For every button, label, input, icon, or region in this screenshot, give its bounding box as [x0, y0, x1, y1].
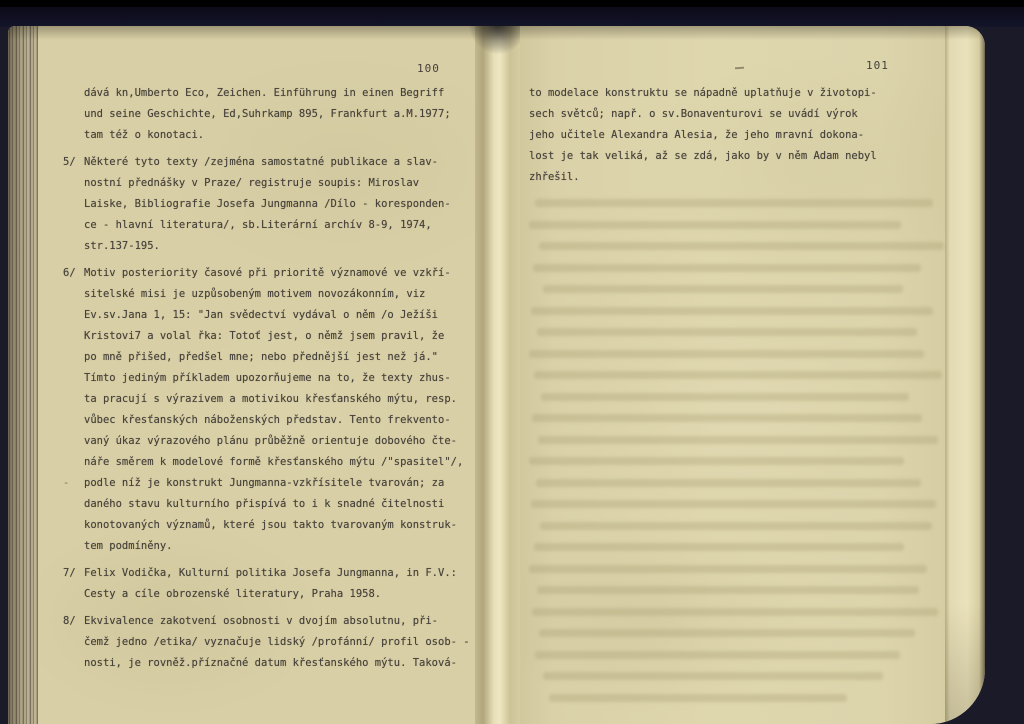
ghost-text-smudge — [529, 565, 927, 573]
photo-dark-top-band — [0, 0, 1024, 27]
text-line: Kristovi7 a volal řka: Totoť jest, o něm… — [84, 326, 470, 347]
line-text: Ev.sv.Jana 1, 15: "Jan svědectví vydával… — [84, 309, 438, 321]
text-line: ta pracují s výrazivem a motivikou křesť… — [84, 389, 470, 410]
line-text: ce - hlavní literatura/, sb.Literární ar… — [84, 219, 432, 231]
page-number-right: 101 — [866, 59, 889, 72]
text-line: 5/Některé tyto texty /zejména samostatné… — [84, 152, 470, 173]
ghost-text-line — [529, 536, 945, 558]
line-text: Ekvivalence zakotvení osobnosti v dvojím… — [84, 615, 438, 627]
line-text: tam též o konotaci. — [84, 129, 204, 141]
ghost-text-line — [529, 644, 945, 666]
line-text: Laiske, Bibliografie Josefa Jungmanna /D… — [84, 198, 451, 210]
ghost-text-line — [529, 235, 945, 257]
footnote-number: 6/ — [63, 263, 76, 284]
text-line: 7/Felix Vodička, Kulturní politika Josef… — [84, 563, 470, 584]
line-text: str.137-195. — [84, 240, 160, 252]
text-line: ce - hlavní literatura/, sb.Literární ar… — [84, 215, 470, 236]
line-text: zhřešil. — [529, 171, 580, 183]
text-line: Tímto jediným příkladem upozorňujeme na … — [84, 368, 470, 389]
left-page-text: dává kn,Umberto Eco, Zeichen. Einführung… — [84, 83, 470, 674]
ghost-text-line — [529, 321, 945, 343]
ghost-text-smudge — [549, 694, 847, 702]
text-line: lost je tak veliká, až se zdá, jako by v… — [529, 146, 877, 167]
text-line: čemž jedno /etika/ vyznačuje lidský /pro… — [84, 632, 470, 653]
ghost-text-smudge — [533, 264, 921, 272]
line-text: náře směrem k modelové formě křesťanskéh… — [84, 456, 463, 468]
line-text: čemž jedno /etika/ vyznačuje lidský /pro… — [84, 636, 470, 648]
line-text: sech světců; např. o sv.Bonaventurovi se… — [529, 108, 858, 120]
ghost-text-smudge — [535, 651, 900, 659]
text-line: sech světců; např. o sv.Bonaventurovi se… — [529, 104, 877, 125]
line-text: podle níž je konstrukt Jungmanna-vzkřísi… — [84, 477, 444, 489]
ghost-text-smudge — [534, 371, 942, 379]
ghost-text-line — [529, 601, 945, 623]
ghost-text-smudge — [543, 672, 883, 680]
ghost-text-line — [529, 472, 945, 494]
ghost-text-line — [529, 386, 945, 408]
line-text: Kristovi7 a volal řka: Totoť jest, o něm… — [84, 330, 444, 342]
text-line: dává kn,Umberto Eco, Zeichen. Einführung… — [84, 83, 470, 104]
text-line: nostní přednášky v Praze/ registruje sou… — [84, 173, 470, 194]
ghost-text-line — [529, 278, 945, 300]
spine-gutter — [475, 26, 520, 724]
text-line: tem podmíněny. — [84, 536, 470, 557]
footnote-number: 5/ — [63, 152, 76, 173]
line-text: nostní přednášky v Praze/ registruje sou… — [84, 177, 419, 189]
line-text: lost je tak veliká, až se zdá, jako by v… — [529, 150, 877, 162]
line-text: jeho učitele Alexandra Alesia, že jeho m… — [529, 129, 864, 141]
ghost-text-smudge — [529, 457, 904, 465]
ghost-text-smudge — [531, 307, 933, 315]
ghost-text-smudge — [529, 350, 924, 358]
left-page-edge-stack — [8, 26, 38, 724]
ghost-text-smudge — [537, 586, 919, 594]
ghost-text-line — [529, 407, 945, 429]
right-fore-edge — [945, 26, 985, 724]
ghost-text-smudge — [532, 608, 938, 616]
line-text: tem podmíněny. — [84, 540, 173, 552]
text-line: vůbec křesťanských náboženských představ… — [84, 410, 470, 431]
ghost-text-smudge — [537, 328, 917, 336]
text-line: und seine Geschichte, Ed,Suhrkamp 895, F… — [84, 104, 470, 125]
ghost-text-line — [529, 558, 945, 580]
line-text: sitelské misi je uzpůsobeným motivem nov… — [84, 288, 425, 300]
ghost-text-smudge — [534, 543, 904, 551]
line-text: dává kn,Umberto Eco, Zeichen. Einführung… — [84, 87, 444, 99]
ghost-text-line — [529, 214, 945, 236]
line-text: Felix Vodička, Kulturní politika Josefa … — [84, 567, 457, 579]
ghost-text-smudge — [541, 393, 909, 401]
ghost-text-smudge — [535, 199, 933, 207]
ghost-text-line — [529, 450, 945, 472]
text-line: to modelace konstruktu se nápadně uplatň… — [529, 83, 877, 104]
ghost-text-showthrough — [529, 192, 945, 708]
line-text: daného stavu kulturního přispívá to i k … — [84, 498, 444, 510]
ghost-text-line — [529, 300, 945, 322]
line-text: to modelace konstruktu se nápadně uplatň… — [529, 87, 877, 99]
text-line: sitelské misi je uzpůsobeným motivem nov… — [84, 284, 470, 305]
ghost-text-line — [529, 429, 945, 451]
ghost-text-line — [529, 687, 945, 709]
ghost-text-line — [529, 515, 945, 537]
ghost-text-smudge — [540, 522, 932, 530]
right-page-text: to modelace konstruktu se nápadně uplatň… — [529, 83, 877, 188]
ghost-text-smudge — [543, 285, 903, 293]
text-line: 6/Motiv posteriority časové při prioritě… — [84, 263, 470, 284]
text-line: jeho učitele Alexandra Alesia, že jeho m… — [529, 125, 877, 146]
line-text: konotovaných významů, které jsou takto t… — [84, 519, 457, 531]
line-text: po mně přišed, předšel mne; nebo předněj… — [84, 351, 438, 363]
background: { "book": { "left_page": { "page_number"… — [0, 0, 1024, 724]
line-text: Některé tyto texty /zejména samostatné p… — [84, 156, 438, 168]
line-text: ta pracují s výrazivem a motivikou křesť… — [84, 393, 457, 405]
ghost-text-line — [529, 493, 945, 515]
ghost-text-smudge — [538, 436, 938, 444]
ghost-text-line — [529, 192, 945, 214]
footnote-number: 7/ — [63, 563, 76, 584]
text-line: tam též o konotaci. — [84, 125, 470, 146]
ghost-text-line — [529, 665, 945, 687]
line-text: nosti, je rovněž.příznačné datum křesťan… — [84, 657, 457, 669]
text-line: str.137-195. — [84, 236, 470, 257]
ghost-text-smudge — [531, 500, 936, 508]
line-text: Cesty a cíle obrozenské literatury, Prah… — [84, 588, 381, 600]
ghost-text-smudge — [539, 242, 944, 250]
line-text: und seine Geschichte, Ed,Suhrkamp 895, F… — [84, 108, 451, 120]
line-text: Motiv posteriority časové při prioritě v… — [84, 267, 451, 279]
ghost-text-smudge — [532, 414, 922, 422]
page-number-left: 100 — [417, 62, 440, 75]
text-line: konotovaných významů, které jsou takto t… — [84, 515, 470, 536]
ghost-text-line — [529, 257, 945, 279]
text-line: náře směrem k modelové formě křesťanskéh… — [84, 452, 470, 473]
text-line: 8/Ekvivalence zakotvení osobnosti v dvoj… — [84, 611, 470, 632]
ghost-text-line — [529, 622, 945, 644]
text-line: daného stavu kulturního přispívá to i k … — [84, 494, 470, 515]
text-line: po mně přišed, předšel mne; nebo předněj… — [84, 347, 470, 368]
ghost-text-line — [529, 343, 945, 365]
footnote-number: 8/ — [63, 611, 76, 632]
ghost-text-smudge — [529, 221, 901, 229]
line-text: vaný úkaz výrazového plánu průběžně orie… — [84, 435, 457, 447]
margin-dash-mark: - — [63, 473, 69, 494]
open-book-photo: 100 101 dává kn,Umberto Eco, Zeichen. Ei… — [8, 26, 985, 724]
text-line: Cesty a cíle obrozenské literatury, Prah… — [84, 584, 470, 605]
text-line: zhřešil. — [529, 167, 877, 188]
ghost-text-smudge — [536, 479, 921, 487]
text-line: -podle níž je konstrukt Jungmanna-vzkřís… — [84, 473, 470, 494]
text-line: vaný úkaz výrazového plánu průběžně orie… — [84, 431, 470, 452]
text-line: Ev.sv.Jana 1, 15: "Jan svědectví vydával… — [84, 305, 470, 326]
text-line: Laiske, Bibliografie Josefa Jungmanna /D… — [84, 194, 470, 215]
ghost-text-line — [529, 364, 945, 386]
text-line: nosti, je rovněž.příznačné datum křesťan… — [84, 653, 470, 674]
ghost-text-line — [529, 579, 945, 601]
line-text: vůbec křesťanských náboženských představ… — [84, 414, 451, 426]
ghost-text-smudge — [539, 629, 915, 637]
line-text: Tímto jediným příkladem upozorňujeme na … — [84, 372, 451, 384]
